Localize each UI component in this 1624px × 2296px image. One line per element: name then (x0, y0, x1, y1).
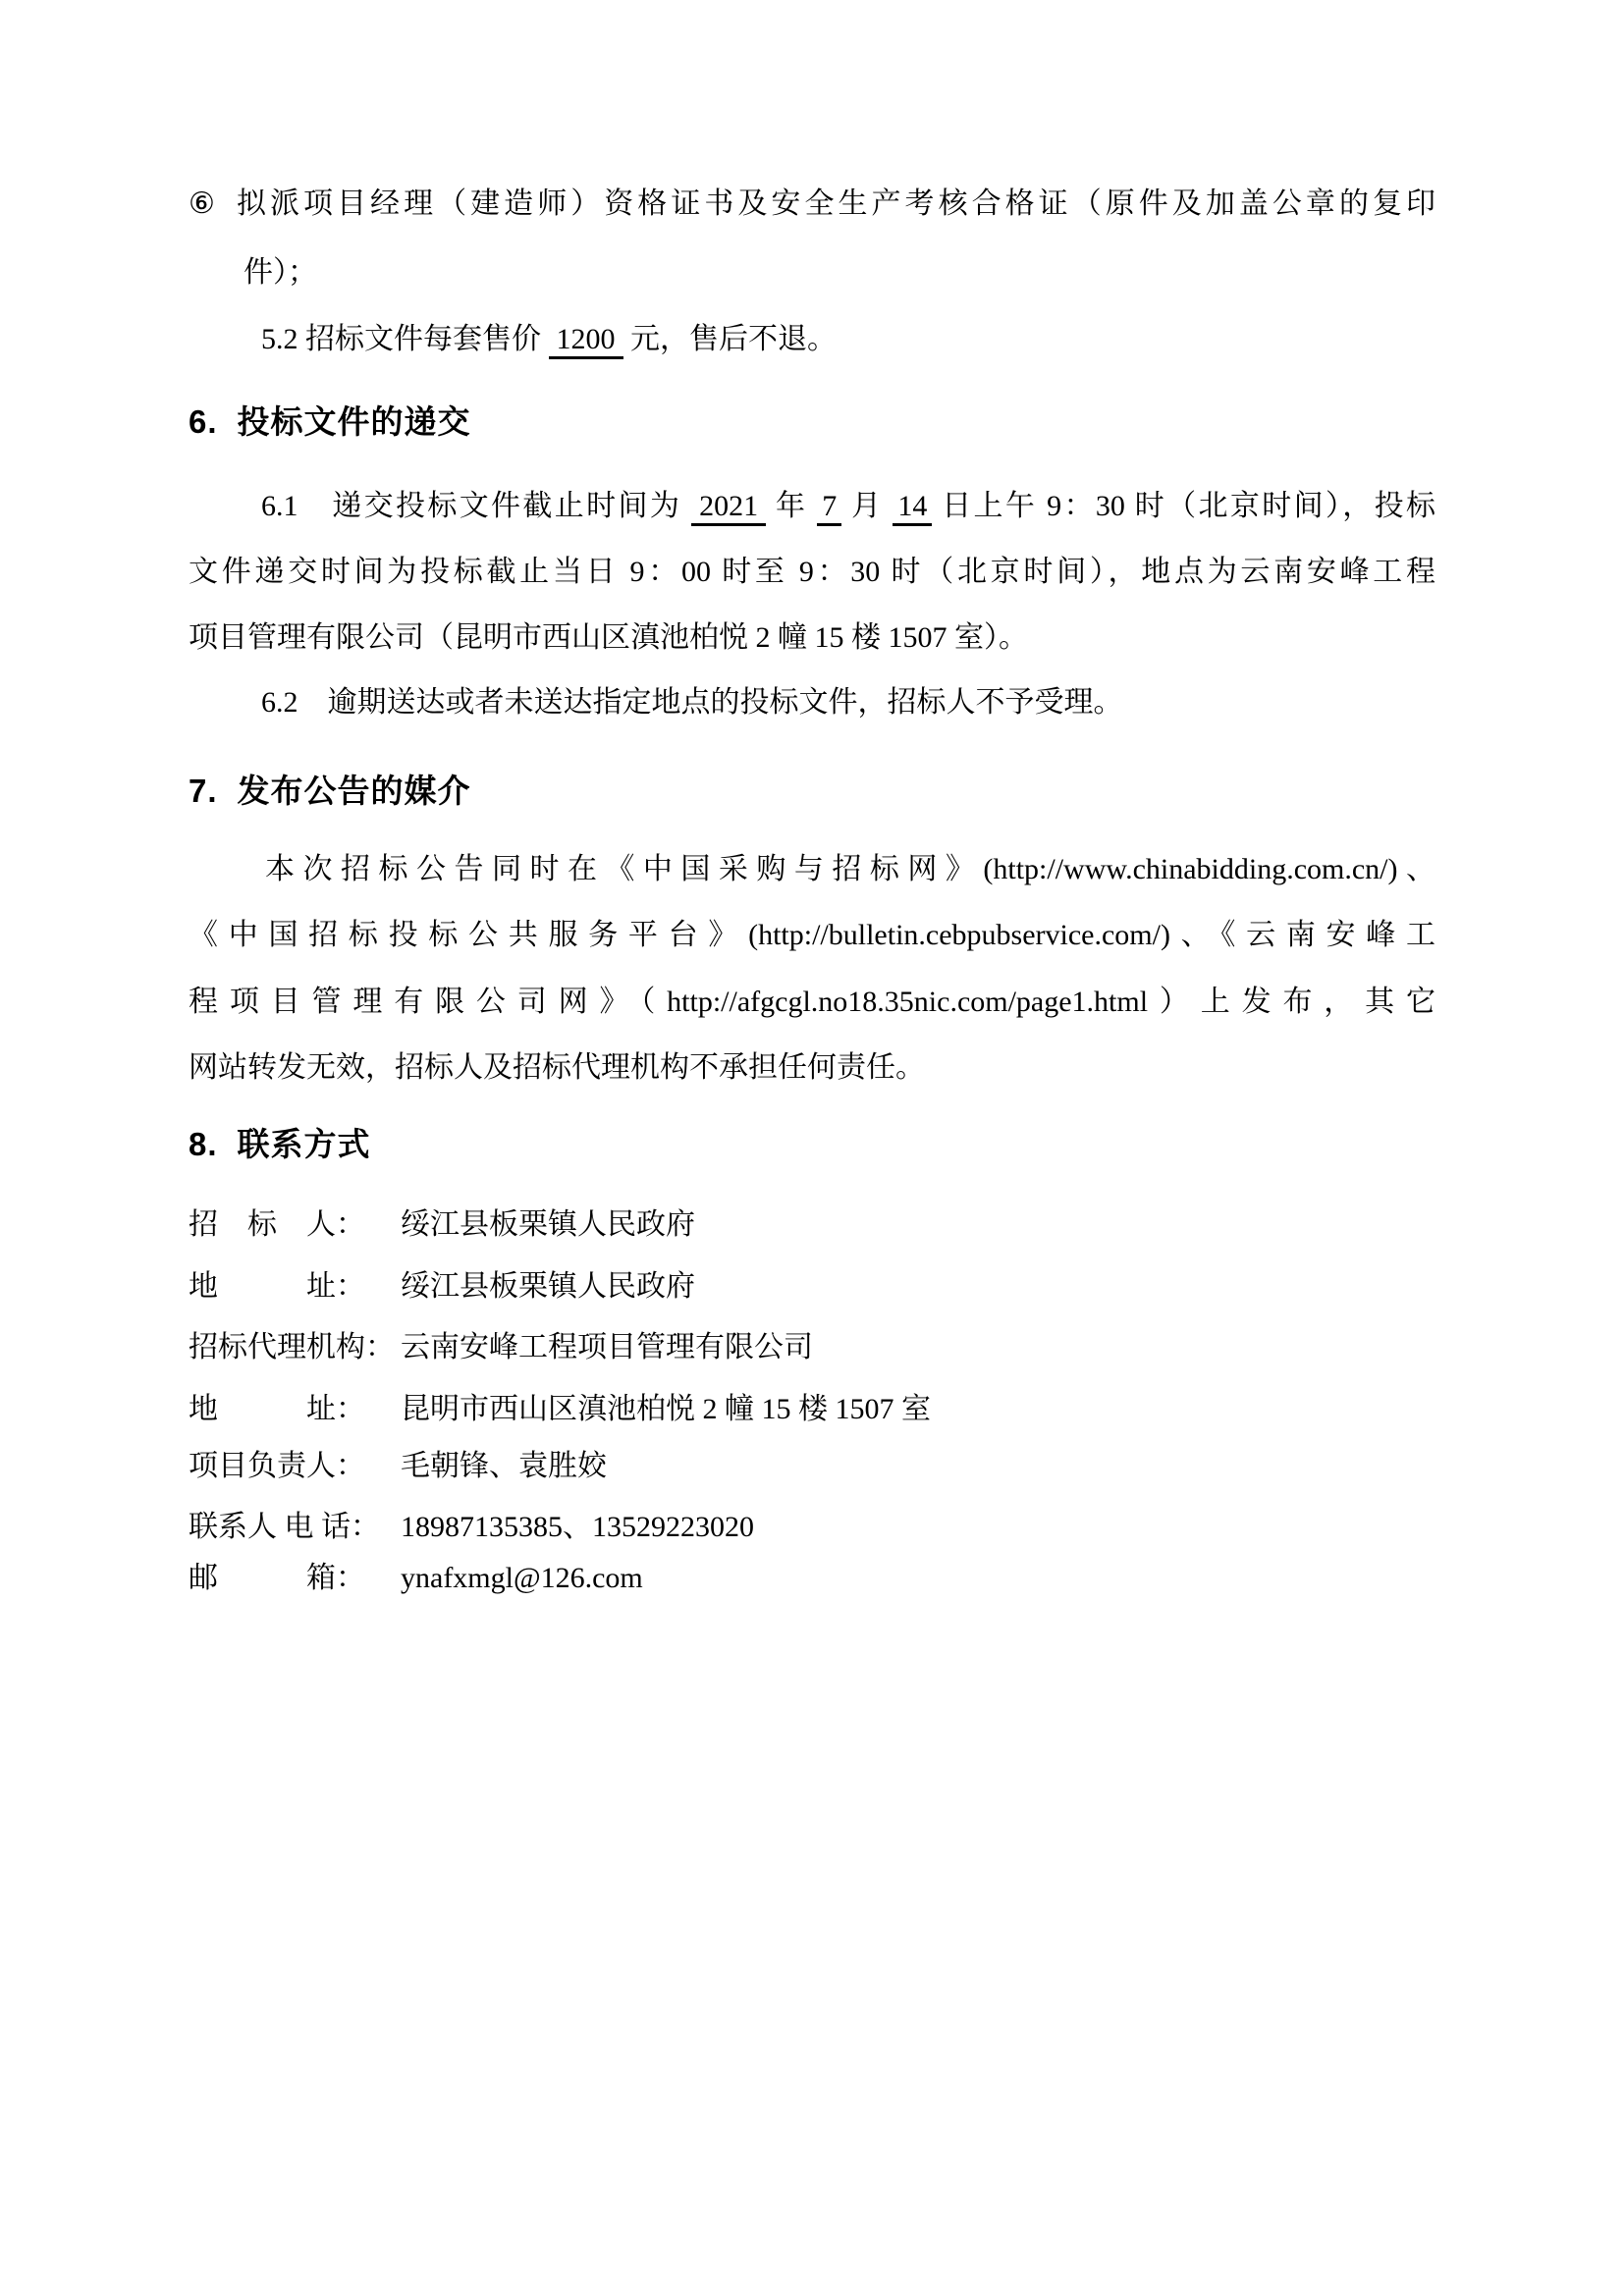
contact-value: 毛朝锋、袁胜姣 (401, 1450, 607, 1482)
deadline-day-underlined: 14 (893, 490, 932, 526)
contact-row-agency-address: 地 址：昆明市西山区滇池柏悦 2 幢 15 楼 1507 室 (189, 1388, 1435, 1431)
contact-value: 18987135385、13529223020 (401, 1511, 754, 1543)
contact-row-agency: 招标代理机构：云南安峰工程项目管理有限公司 (189, 1326, 1435, 1369)
list-item-6-line-1: ⑥拟派项目经理（建造师）资格证书及安全生产考核合格证（原件及加盖公章的复印 (189, 183, 1435, 226)
contact-label: 项目负责人： (189, 1445, 401, 1488)
section-7-heading: 7.发布公告的媒介 (189, 770, 1435, 813)
media-paragraph-line-2: 《中国招标投标公共服务平台》(http://bulletin.cebpubser… (189, 914, 1435, 957)
clause-6-2: 6.2 逾期送达或者未送达指定地点的投标文件，招标人不予受理。 (189, 681, 1435, 724)
contact-label: 联系人 电 话： (189, 1506, 401, 1549)
contact-row-email: 邮 箱：ynafxmgl@126.com (189, 1557, 1435, 1600)
circled-six-marker: ⑥ (189, 187, 219, 220)
section-7-title: 发布公告的媒介 (238, 773, 471, 809)
deadline-month-underlined: 7 (817, 490, 841, 526)
contact-label: 地 址： (189, 1388, 401, 1431)
clause-5-2-text: 5.2 招标文件每套售价 (261, 323, 549, 355)
contact-value: 昆明市西山区滇池柏悦 2 幢 15 楼 1507 室 (401, 1393, 931, 1425)
contact-row-tenderee: 招 标 人：绥江县板栗镇人民政府 (189, 1203, 1435, 1247)
section-8-title: 联系方式 (238, 1126, 371, 1162)
list-item-6-line-2: 件）； (189, 251, 1435, 294)
contact-row-project-leader: 项目负责人：毛朝锋、袁胜姣 (189, 1445, 1435, 1488)
media-paragraph-line-4: 网站转发无效，招标人及招标代理机构不承担任何责任。 (189, 1046, 1435, 1090)
contact-value: 云南安峰工程项目管理有限公司 (401, 1331, 813, 1363)
contact-label: 邮 箱： (189, 1557, 401, 1600)
deadline-year-underlined: 2021 (691, 490, 766, 526)
contact-label: 招 标 人： (189, 1203, 401, 1247)
contact-row-tenderee-address: 地 址：绥江县板栗镇人民政府 (189, 1265, 1435, 1308)
contact-value: 绥江县板栗镇人民政府 (401, 1270, 695, 1303)
contact-label: 地 址： (189, 1265, 401, 1308)
clause-6-1-line-1: 6.1 递交投标文件截止时间为 2021 年 7 月 14 日上午 9：30 时… (189, 485, 1435, 528)
section-8-number: 8. (189, 1126, 218, 1162)
contact-label: 招标代理机构： (189, 1326, 401, 1369)
section-7-number: 7. (189, 773, 218, 809)
contact-value: 绥江县板栗镇人民政府 (401, 1208, 695, 1241)
section-8-heading: 8.联系方式 (189, 1123, 1435, 1166)
media-paragraph-line-1: 本次招标公告同时在《中国采购与招标网》(http://www.chinabidd… (189, 848, 1435, 891)
list-item-6-text: 拟派项目经理（建造师）资格证书及安全生产考核合格证（原件及加盖公章的复印 (237, 187, 1435, 220)
media-paragraph-line-3: 程项目管理有限公司网》（http://afgcgl.no18.35nic.com… (189, 981, 1435, 1024)
clause-5-2: 5.2 招标文件每套售价 1200 元，售后不退。 (189, 318, 1435, 361)
page-content: ⑥拟派项目经理（建造师）资格证书及安全生产考核合格证（原件及加盖公章的复印 件）… (189, 0, 1435, 2296)
price-blank-underlined: 1200 (549, 323, 623, 359)
document-page: ⑥拟派项目经理（建造师）资格证书及安全生产考核合格证（原件及加盖公章的复印 件）… (0, 0, 1624, 2296)
clause-6-1-line-2: 文件递交时间为投标截止当日 9：00 时至 9：30 时（北京时间），地点为云南… (189, 551, 1435, 594)
section-6-number: 6. (189, 403, 218, 440)
clause-6-1-line-3: 项目管理有限公司（昆明市西山区滇池柏悦 2 幢 15 楼 1507 室）。 (189, 616, 1435, 660)
section-6-heading: 6.投标文件的递交 (189, 400, 1435, 444)
section-6-title: 投标文件的递交 (238, 403, 471, 440)
contact-row-phone: 联系人 电 话：18987135385、13529223020 (189, 1506, 1435, 1549)
contact-value: ynafxmgl@126.com (401, 1562, 643, 1594)
